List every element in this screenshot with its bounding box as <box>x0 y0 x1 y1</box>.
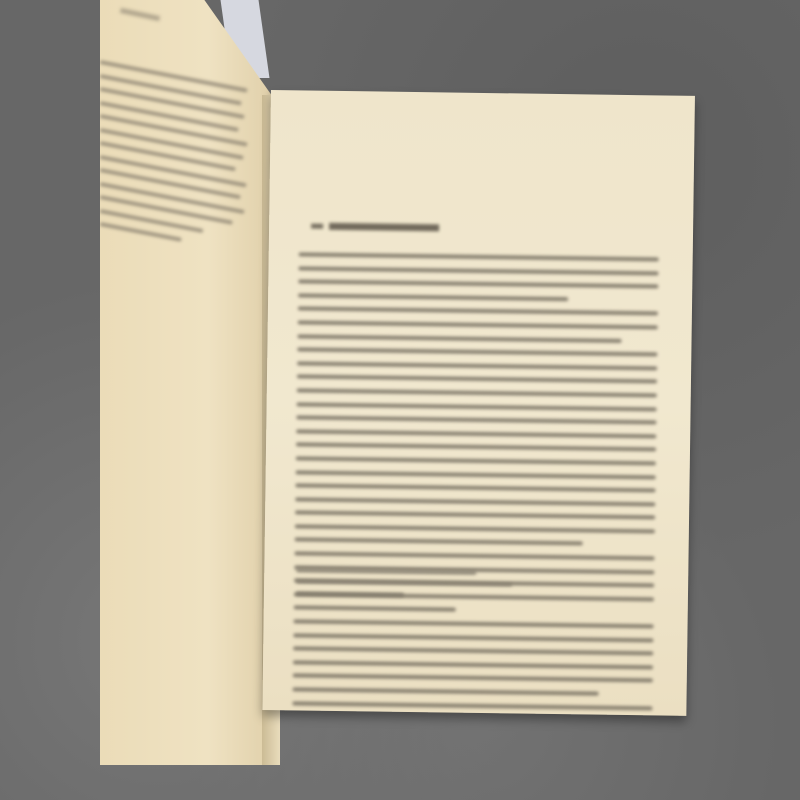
text-line <box>293 660 653 669</box>
section-number <box>311 224 323 229</box>
right-page <box>262 90 695 716</box>
text-line <box>293 674 653 683</box>
right-page-body-text <box>292 252 658 719</box>
text-line <box>293 647 653 656</box>
text-line <box>295 497 655 506</box>
footnotes <box>296 568 656 608</box>
text-line <box>293 633 653 642</box>
footnote-line <box>296 591 404 596</box>
text-line <box>296 443 656 452</box>
text-line <box>294 619 654 628</box>
text-line <box>296 429 656 438</box>
section-heading <box>329 223 439 232</box>
left-page <box>100 0 280 765</box>
text-line <box>298 334 622 343</box>
left-page-number <box>120 8 160 21</box>
left-page-text <box>100 60 250 236</box>
text-line <box>296 456 656 465</box>
text-line <box>298 266 658 275</box>
text-line <box>296 470 656 479</box>
text-line <box>298 280 658 289</box>
text-line <box>295 483 655 492</box>
text-line <box>293 687 599 695</box>
text-line <box>294 606 456 612</box>
text-line <box>297 388 657 397</box>
text-line <box>292 701 652 710</box>
text-line <box>298 307 658 316</box>
text-line <box>295 551 655 560</box>
text-line <box>297 361 657 370</box>
text-line <box>100 141 236 171</box>
text-line <box>295 538 583 546</box>
text-line <box>295 524 655 533</box>
text-line <box>297 348 657 357</box>
text-line <box>298 293 568 301</box>
footnote-line <box>296 580 512 587</box>
text-line <box>297 375 657 384</box>
text-line <box>298 320 658 329</box>
text-line <box>295 511 655 520</box>
text-line <box>297 402 657 411</box>
text-line <box>100 195 233 225</box>
text-line <box>296 416 656 425</box>
text-line <box>299 252 659 261</box>
